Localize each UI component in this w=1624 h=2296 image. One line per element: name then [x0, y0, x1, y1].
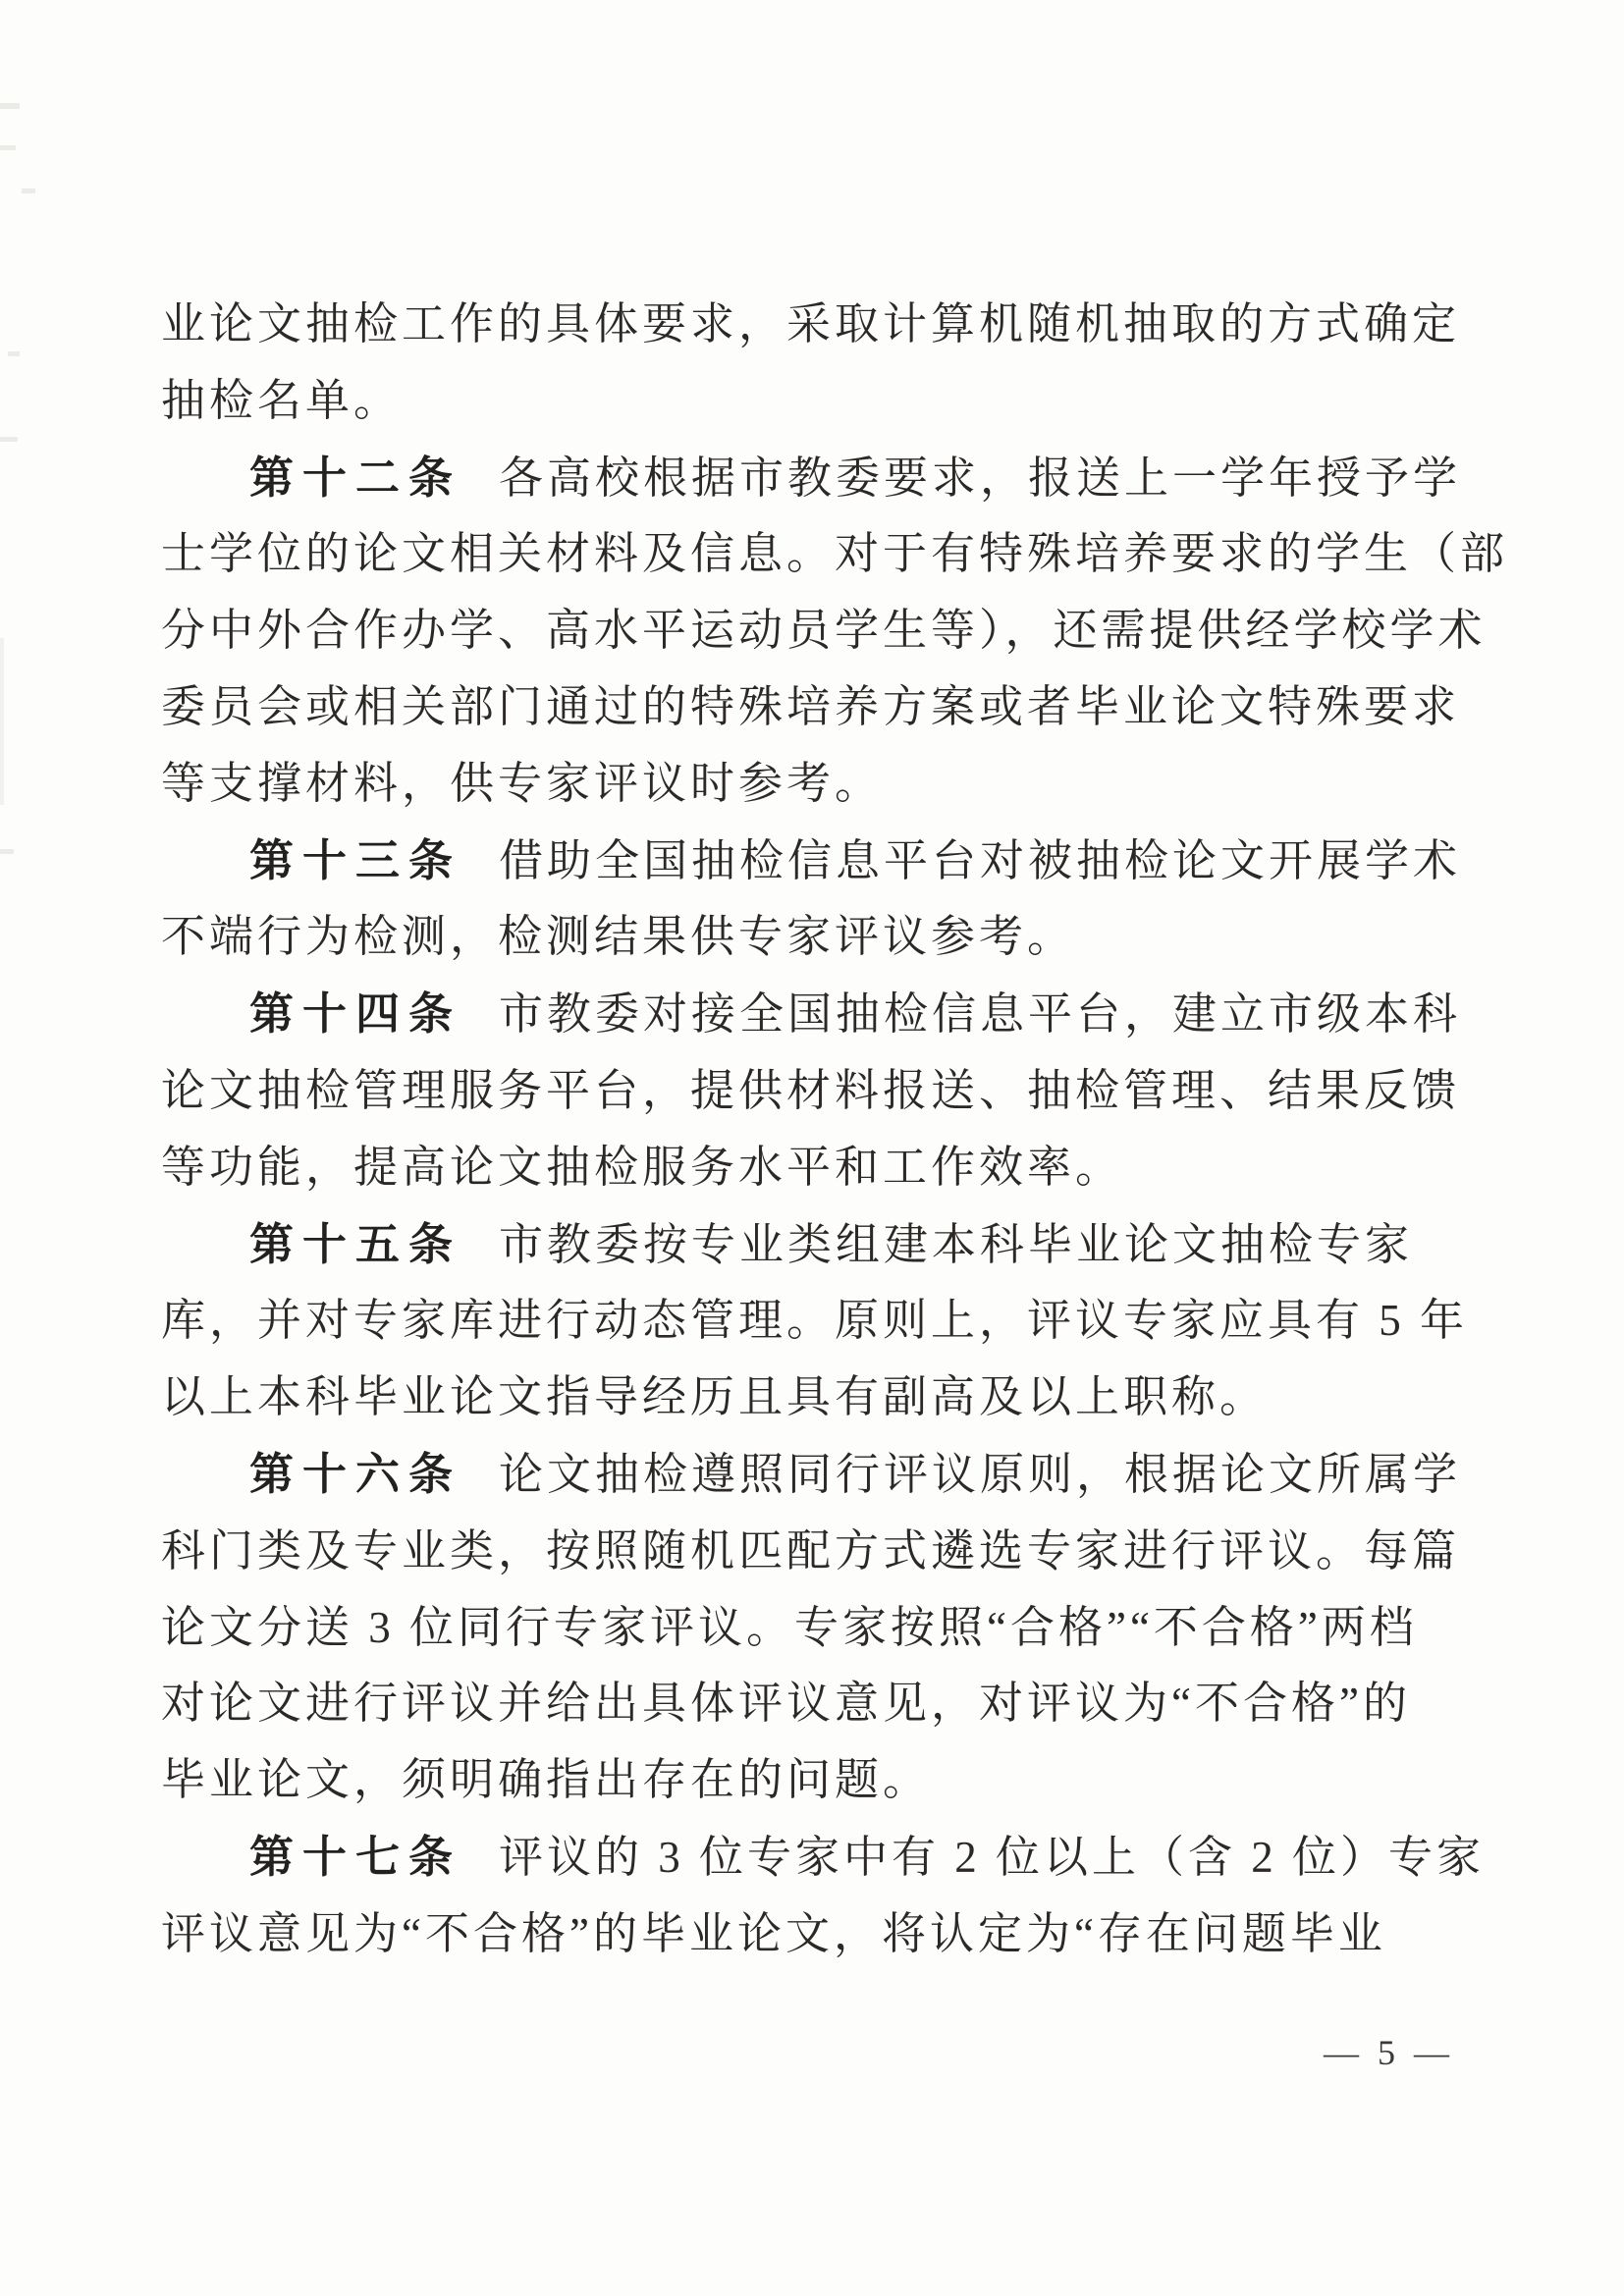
line-text: 业论文抽检工作的具体要求，采取计算机随机抽取的方式确定: [161, 299, 1460, 348]
article-number: 第十六条: [249, 1449, 461, 1499]
text-line: 业论文抽检工作的具体要求，采取计算机随机抽取的方式确定: [161, 287, 1469, 363]
article-number: 第十七条: [249, 1832, 461, 1882]
line-text: 分中外合作办学、高水平运动员学生等），还需提供经学校学术: [161, 606, 1487, 655]
text-line: 士学位的论文相关材料及信息。对于有特殊培养要求的学生（部: [161, 516, 1469, 593]
article-number: 第十五条: [249, 1219, 461, 1269]
article-number: 第十二条: [249, 453, 461, 503]
line-text: 等功能，提高论文抽检服务水平和工作效率。: [161, 1143, 1123, 1192]
text-line: 等支撑材料，供专家评议时参考。: [161, 746, 1469, 823]
text-line: 论文分送 3 位同行专家评议。专家按照“合格”“不合格”两档: [161, 1590, 1469, 1667]
text-line: 第十五条市教委按专业类组建本科毕业论文抽检专家: [161, 1206, 1469, 1284]
line-text: 论文分送 3 位同行专家评议。专家按照“合格”“不合格”两档: [161, 1603, 1418, 1652]
line-text: 论文抽检管理服务平台，提供材料报送、抽检管理、结果反馈: [161, 1066, 1460, 1115]
scan-artifact: [0, 849, 14, 854]
line-text: 借助全国抽检信息平台对被抽检论文开展学术: [499, 836, 1461, 885]
text-line: 论文抽检管理服务平台，提供材料报送、抽检管理、结果反馈: [161, 1053, 1469, 1130]
line-text: 科门类及专业类，按照随机匹配方式遴选专家进行评议。每篇: [161, 1526, 1460, 1575]
line-text: 委员会或相关部门通过的特殊培养方案或者毕业论文特殊要求: [161, 682, 1460, 731]
scan-artifact: [0, 437, 18, 442]
text-line: 等功能，提高论文抽检服务水平和工作效率。: [161, 1130, 1469, 1206]
scan-artifact: [0, 638, 4, 805]
line-text: 毕业论文，须明确指出存在的问题。: [161, 1755, 931, 1804]
line-text: 评议的 3 位专家中有 2 位以上（含 2 位）专家: [499, 1833, 1485, 1882]
scan-artifact: [8, 351, 20, 356]
page-number: — 5 —: [1324, 2032, 1454, 2073]
scan-artifact: [22, 188, 35, 193]
text-line: 委员会或相关部门通过的特殊培养方案或者毕业论文特殊要求: [161, 669, 1469, 746]
scan-artifact: [0, 145, 16, 150]
line-text: 以上本科毕业论文指导经历且具有副高及以上职称。: [161, 1372, 1268, 1421]
text-line: 不端行为检测，检测结果供专家评议参考。: [161, 899, 1469, 976]
text-line: 第十七条评议的 3 位专家中有 2 位以上（含 2 位）专家: [161, 1819, 1469, 1896]
text-line: 科门类及专业类，按照随机匹配方式遴选专家进行评议。每篇: [161, 1514, 1469, 1590]
text-line: 第十四条市教委对接全国抽检信息平台，建立市级本科: [161, 976, 1469, 1053]
line-text: 库，并对专家库进行动态管理。原则上，评议专家应具有 5 年: [161, 1296, 1468, 1345]
line-text: 评议意见为“不合格”的毕业论文，将认定为“存在问题毕业: [161, 1909, 1386, 1958]
scan-artifact: [0, 103, 20, 109]
text-line: 评议意见为“不合格”的毕业论文，将认定为“存在问题毕业: [161, 1896, 1469, 1973]
line-text: 等支撑材料，供专家评议时参考。: [161, 759, 883, 808]
line-text: 各高校根据市教委要求，报送上一学年授予学: [499, 454, 1461, 503]
line-text: 市教委按专业类组建本科毕业论文抽检专家: [499, 1220, 1413, 1269]
text-line: 库，并对专家库进行动态管理。原则上，评议专家应具有 5 年: [161, 1283, 1469, 1360]
text-line: 第十二条各高校根据市教委要求，报送上一学年授予学: [161, 440, 1469, 517]
line-text: 士学位的论文相关材料及信息。对于有特殊培养要求的学生（部: [161, 529, 1508, 578]
text-line: 对论文进行评议并给出具体评议意见，对评议为“不合格”的: [161, 1666, 1469, 1742]
article-number: 第十四条: [249, 988, 461, 1039]
line-text: 抽检名单。: [161, 376, 402, 425]
article-number: 第十三条: [249, 835, 461, 885]
document-page: 业论文抽检工作的具体要求，采取计算机随机抽取的方式确定 抽检名单。 第十二条各高…: [0, 0, 1624, 2296]
line-text: 论文抽检遵照同行评议原则，根据论文所属学: [499, 1450, 1461, 1499]
text-line: 第十六条论文抽检遵照同行评议原则，根据论文所属学: [161, 1436, 1469, 1514]
text-line: 分中外合作办学、高水平运动员学生等），还需提供经学校学术: [161, 593, 1469, 669]
text-line: 以上本科毕业论文指导经历且具有副高及以上职称。: [161, 1360, 1469, 1436]
text-line: 抽检名单。: [161, 363, 1469, 440]
line-text: 市教委对接全国抽检信息平台，建立市级本科: [499, 989, 1461, 1039]
line-text: 对论文进行评议并给出具体评议意见，对评议为“不合格”的: [161, 1679, 1411, 1728]
body-text: 业论文抽检工作的具体要求，采取计算机随机抽取的方式确定 抽检名单。 第十二条各高…: [161, 287, 1469, 1973]
text-line: 第十三条借助全国抽检信息平台对被抽检论文开展学术: [161, 823, 1469, 900]
line-text: 不端行为检测，检测结果供专家评议参考。: [161, 912, 1075, 961]
text-line: 毕业论文，须明确指出存在的问题。: [161, 1742, 1469, 1819]
